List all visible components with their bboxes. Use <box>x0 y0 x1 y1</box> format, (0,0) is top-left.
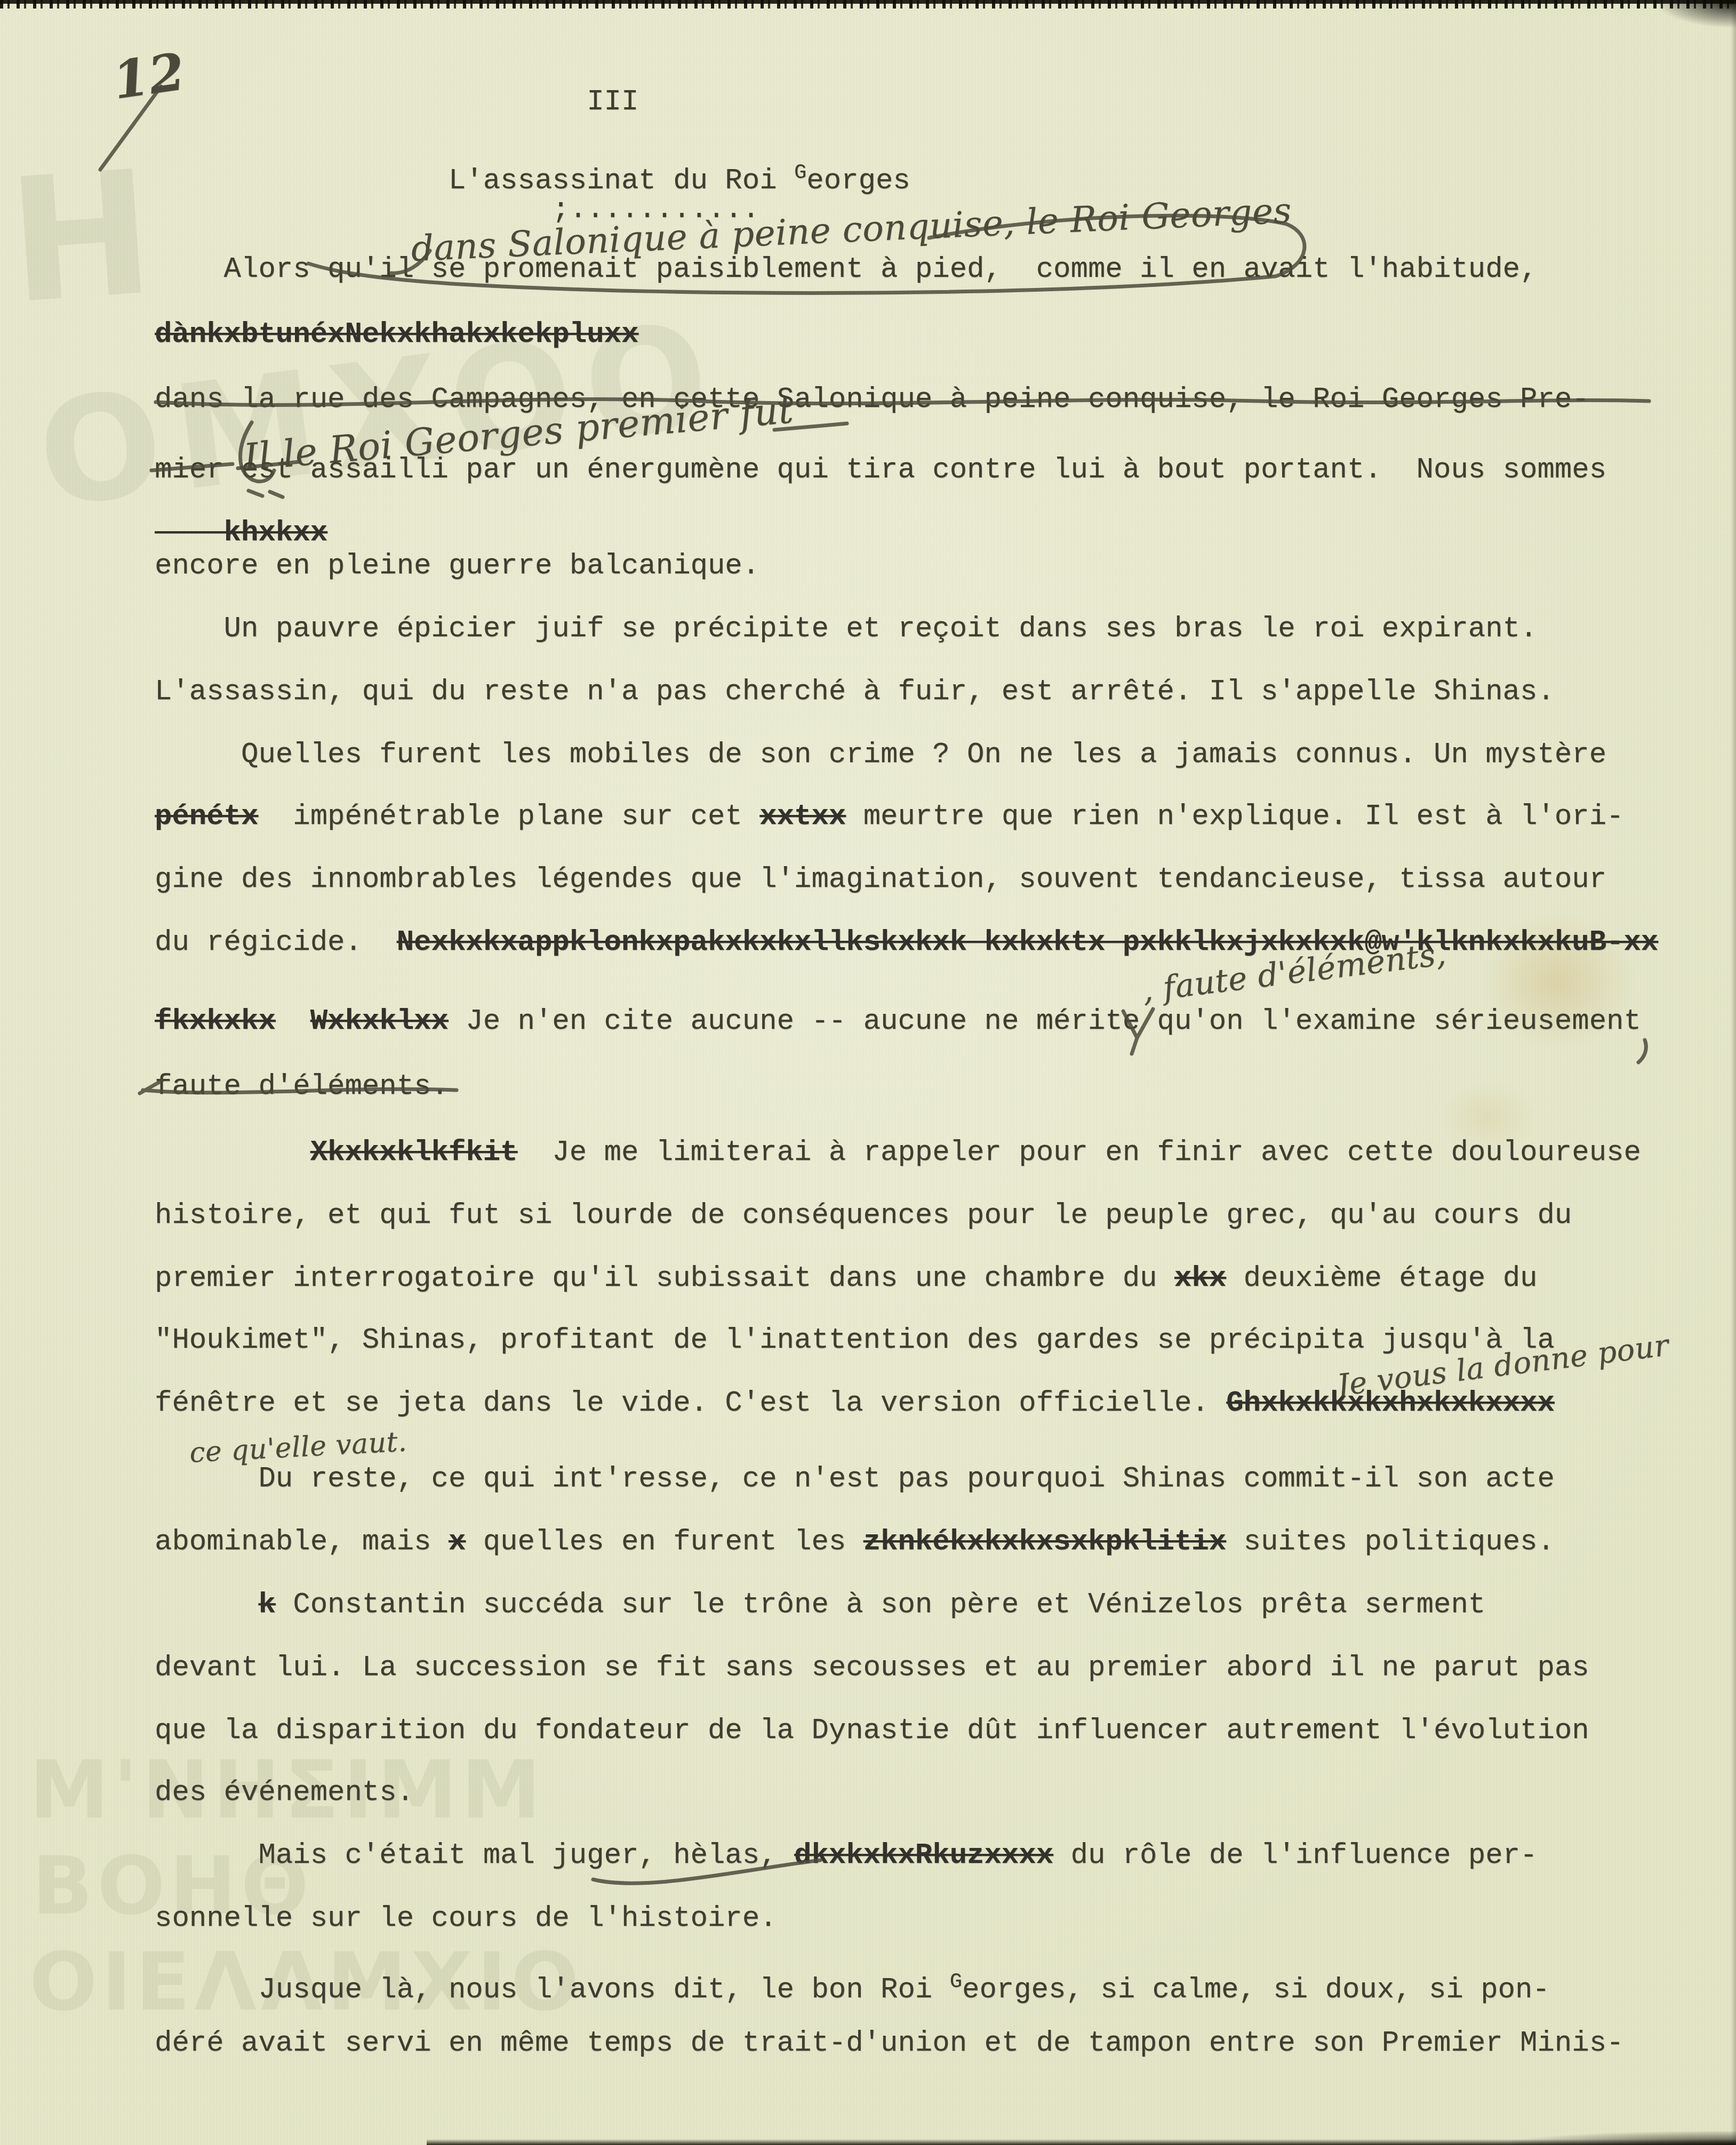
typed-text: eorges, si calme, si doux, si pon- <box>962 1974 1550 2006</box>
line-limiterai: Xkxkxklkfkit Je me limiterai à rappeler … <box>155 1136 1641 1170</box>
overtyped-text: zknkékxkxkxsxkpklitix <box>863 1526 1227 1558</box>
title-superscript-g: G <box>794 161 806 185</box>
line-histoire: histoire, et qui fut si lourde de conséq… <box>155 1199 1572 1233</box>
typed-text: Jusque là, nous l'avons dit, le bon Roi <box>155 1974 950 2006</box>
scan-edge-right-shadow <box>1731 0 1736 2145</box>
line-impenetrable: pénétx impénétrable plane sur cet xxtxx … <box>155 800 1623 834</box>
chapter-numeral: III <box>155 85 638 119</box>
overtyped-text: pénétx <box>155 801 258 833</box>
typed-text: deuxième étage du <box>1226 1262 1537 1295</box>
typed-text <box>276 1005 310 1038</box>
line-assassin: L'assassin, qui du reste n'a pas cherché… <box>155 675 1555 709</box>
typed-text: quelles en furent les <box>466 1526 863 1558</box>
typed-text: Je me limiterai à rappeler pour en finir… <box>518 1136 1641 1169</box>
overtyped-text: khxkxx <box>155 517 327 549</box>
typed-indent <box>155 1589 258 1621</box>
typed-text: Constantin succéda sur le trône à son pè… <box>276 1589 1485 1621</box>
overtyped-text: fkxkxkx <box>155 1005 276 1038</box>
overtyped-text: Nexkxkxappklonkxpakxkxkxllkskxkxk kxkxkt… <box>397 926 1659 959</box>
line-campagnes-struck: dans la rue des Campagnes, en cette Salo… <box>155 383 1589 417</box>
line-interrogatoire: premier interrogatoire qu'il subissait d… <box>155 1262 1537 1296</box>
typed-text: Mais c'était mal juger, hèlas, <box>155 1839 794 1872</box>
overtyped-text: Xkxkxklkfkit <box>310 1136 518 1169</box>
typed-text: meurtre que rien n'explique. Il est à l'… <box>846 801 1623 833</box>
typed-indent <box>155 1136 310 1169</box>
overtyped-text: xkx <box>1174 1262 1226 1295</box>
scan-edge-top-right-corner <box>1656 0 1736 28</box>
typed-text: abominable, mais <box>155 1526 449 1558</box>
overtyped-text: xxtxx <box>759 801 846 833</box>
paper-watermark-top-letter: H <box>3 134 159 342</box>
line-houkimet: "Houkimet", Shinas, profitant de l'inatt… <box>155 1324 1555 1358</box>
line-gine-legendes: gine des innombrables légendes que l'ima… <box>155 863 1606 897</box>
line-overtyped-deletion-2: khxkxx <box>155 516 327 550</box>
line-alors: Alors qu'il se promenait paisiblement à … <box>155 253 1537 287</box>
superscript-g: G <box>950 1970 962 1994</box>
overtyped-text: Wxkxklxx <box>310 1005 449 1038</box>
line-abominable: abominable, mais x quelles en furent les… <box>155 1525 1555 1559</box>
line-faute-struck: faute d'éléments. <box>155 1070 449 1104</box>
overtyped-text: Ghxkxkkxkxhxkxkxxxx <box>1226 1387 1555 1420</box>
line-dere-premier-ministre: déré avait servi en même temps de trait-… <box>155 2027 1623 2061</box>
scan-edge-bottom-right-corner <box>1512 2131 1736 2145</box>
line-quelles: Quelles furent les mobiles de son crime … <box>155 738 1606 772</box>
line-overtyped-deletion-1: dànkxbtunéxNekxkhakxkekpluxx <box>155 318 638 352</box>
line-disparition: que la disparition du fondateur de la Dy… <box>155 1714 1589 1748</box>
line-evenements: des événements. <box>155 1776 414 1810</box>
overtyped-text: dànkxbtunéxNekxkhakxkekpluxx <box>155 318 638 351</box>
overtyped-text: dkxkxkxRkuzxxxx <box>794 1839 1053 1872</box>
line-assailli: mier est assailli par un énergumène qui … <box>155 453 1606 487</box>
typed-text: du régicide. <box>155 926 397 959</box>
typed-text: du rôle de l'influence per- <box>1053 1839 1537 1872</box>
line-du-reste: Du reste, ce qui int'resse, ce n'est pas… <box>155 1462 1555 1496</box>
typed-text: fénêtre et se jeta dans le vide. C'est l… <box>155 1387 1226 1420</box>
typed-text: impénétrable plane sur cet <box>258 801 759 833</box>
title-text-end: eorges <box>806 165 910 197</box>
line-je-nen-cite: fkxkxkx Wxkxklxx Je n'en cite aucune -- … <box>155 1005 1641 1039</box>
line-pauvre-epicier: Un pauvre épicier juif se précipite et r… <box>155 612 1537 646</box>
typed-text: suites politiques. <box>1226 1526 1555 1558</box>
line-fenetre: fénêtre et se jeta dans le vide. C'est l… <box>155 1387 1555 1421</box>
page-title: L'assassinat du Roi Georges <box>155 156 910 198</box>
line-sonnelle: sonnelle sur le cours de l'histoire. <box>155 1902 777 1936</box>
manuscript-page: H OMXOO Μ'ΝΗΣΙΜΜ ΒΟΗΘ ΟΙΕΛΛΜΧΙΟ 12 III L… <box>0 0 1736 2145</box>
handwritten-struck-text: le Roi Georges <box>1014 190 1292 243</box>
typed-text: premier interrogatoire qu'il subissait d… <box>155 1262 1174 1295</box>
line-constantin: k Constantin succéda sur le trône à son … <box>155 1588 1485 1622</box>
line-mais-juger: Mais c'était mal juger, hèlas, dkxkxkxRk… <box>155 1839 1537 1873</box>
scan-edge-top-bar <box>0 0 1736 4</box>
overtyped-text: k <box>258 1589 275 1621</box>
line-devant-lui: devant lui. La succession se fit sans se… <box>155 1651 1589 1685</box>
line-encore: encore en pleine guerre balcanique. <box>155 549 759 583</box>
typed-text: Je n'en cite aucune -- aucune ne mérite … <box>449 1005 1641 1038</box>
overtyped-text: x <box>449 1526 466 1558</box>
line-jusque-la: Jusque là, nous l'avons dit, le bon Roi … <box>155 1965 1550 2007</box>
